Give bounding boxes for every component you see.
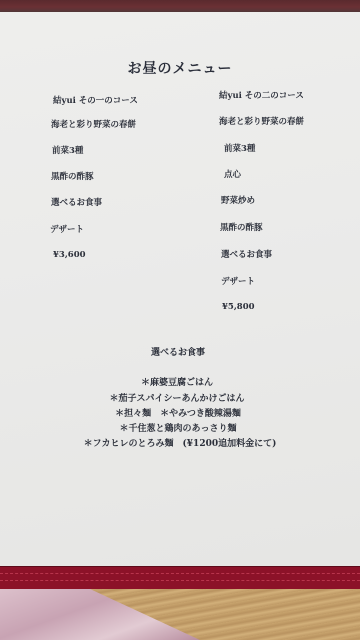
course-two-price: ¥5,800: [222, 302, 255, 312]
course-two-name: 結yui その二のコース: [219, 89, 304, 101]
course-two-item: デザート: [221, 275, 255, 287]
stitching-line: [0, 580, 360, 581]
course-one-item: 選べるお食事: [51, 196, 102, 208]
course-one-item: 海老と彩り野菜の春餅: [51, 118, 136, 130]
course-two-item: 野菜炒め: [221, 194, 255, 206]
course-one-item: 前菜3種: [52, 144, 83, 156]
menu-title: お昼のメニュー: [0, 58, 360, 78]
meal-choice-option: ＊担々麺 ＊やみつき酸辣湯麺: [0, 406, 358, 419]
meal-choice-option: ＊茄子スパイシーあんかけごはん: [0, 391, 357, 404]
course-two-item: 点心: [224, 168, 241, 180]
course-two-item: 前菜3種: [224, 142, 255, 154]
course-one-price: ¥3,600: [53, 250, 86, 260]
menu-cover-bottom-border: [0, 566, 360, 590]
course-one-name: 結yui その一のコース: [53, 94, 138, 106]
stitching-line: [0, 573, 360, 574]
course-two-item: 選べるお食事: [221, 248, 272, 260]
course-two-item: 海老と彩り野菜の春餅: [219, 115, 304, 127]
course-one-item: デザート: [50, 223, 84, 235]
course-two-item: 黒酢の酢豚: [220, 221, 263, 233]
meal-choice-option: ＊麻婆豆腐ごはん: [0, 375, 357, 388]
course-one-item: 黒酢の酢豚: [51, 170, 94, 182]
meal-choice-option: ＊フカヒレのとろみ麺 (¥1200追加料金にて): [0, 436, 360, 449]
meal-choice-heading: 選べるお食事: [0, 345, 358, 358]
meal-choice-option: ＊千住葱と鶏肉のあっさり麺: [0, 421, 358, 434]
